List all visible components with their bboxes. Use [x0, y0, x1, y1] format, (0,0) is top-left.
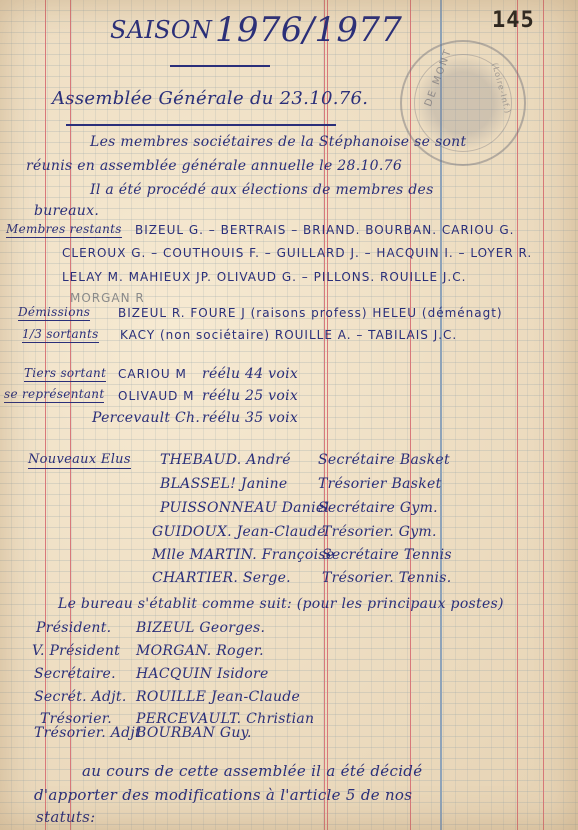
- resignations-label: Démissions: [18, 305, 90, 321]
- closing-line: d'apporter des modifications à l'article…: [34, 786, 412, 804]
- reelected-name: CARIOU M: [118, 367, 187, 381]
- new-elected-role: Trésorier Basket: [318, 476, 442, 492]
- column-line: [543, 0, 544, 830]
- bureau-name: HACQUIN Isidore: [136, 666, 269, 682]
- outgoing-third-label: 1/3 sortants: [22, 327, 99, 343]
- bureau-intro: Le bureau s'établit comme suit: (pour le…: [58, 596, 504, 612]
- bureau-name: BOURBAN Guy.: [136, 725, 252, 741]
- new-elected-role: Trésorier. Gym.: [322, 524, 437, 540]
- bureau-role: Secrét. Adjt.: [34, 689, 127, 705]
- bureau-role: V. Président: [32, 643, 120, 659]
- season-years: 1976/1977: [215, 10, 402, 50]
- outgoing-third-text: KACY (non sociétaire) ROUILLE A. – TABIL…: [120, 328, 457, 342]
- new-elected-name: THEBAUD. André: [160, 452, 291, 468]
- ledger-page: 145 DE MONT (Loire-Inf.) SAISON 1976/197…: [0, 0, 578, 830]
- page-number: 145: [492, 8, 535, 33]
- intro-line: réunis en assemblée générale annuelle le…: [26, 158, 402, 174]
- members-line: LELAY M. MAHIEUX JP. OLIVAUD G. – PILLON…: [62, 270, 466, 284]
- resignations-text: BIZEUL R. FOURE J (raisons profess) HELE…: [118, 306, 503, 320]
- new-elected-label: Nouveaux Elus: [28, 452, 131, 469]
- bureau-name: MORGAN. Roger.: [136, 643, 264, 659]
- title-underline: [170, 65, 270, 67]
- reelected-votes: 25 voix: [245, 388, 298, 404]
- intro-line: Les membres sociétaires de la Stéphanois…: [90, 134, 466, 150]
- bureau-name: BIZEUL Georges.: [136, 620, 265, 636]
- new-elected-role: Secrétaire Tennis: [322, 547, 452, 563]
- new-elected-role: Secrétaire Gym.: [318, 500, 438, 516]
- reelected-status: réélu: [202, 388, 240, 404]
- members-remaining-label: Membres restants: [6, 222, 122, 238]
- new-elected-name: Mlle MARTIN. Françoise: [152, 547, 334, 563]
- new-elected-name: CHARTIER. Serge.: [152, 570, 291, 586]
- reelected-status: réélu: [202, 366, 240, 382]
- meeting-title-underline: [66, 124, 336, 126]
- bureau-role: Secrétaire.: [34, 666, 116, 682]
- intro-line: bureaux.: [34, 203, 99, 219]
- members-line: CLEROUX G. – COUTHOUIS F. – GUILLARD J. …: [62, 246, 532, 260]
- new-elected-name: GUIDOUX. Jean-Claude: [152, 524, 326, 540]
- intro-line: Il a été procédé aux élections de membre…: [90, 182, 434, 198]
- members-pencil-addition: MORGAN R: [70, 291, 145, 305]
- reelected-status: réélu: [202, 410, 240, 426]
- reelected-name: Percevault Ch.: [92, 410, 200, 426]
- bureau-role: Président.: [36, 620, 111, 636]
- new-elected-role: Trésorier. Tennis.: [322, 570, 452, 586]
- reelected-name: OLIVAUD M: [118, 389, 195, 403]
- season-label: SAISON: [110, 16, 212, 44]
- reelected-votes: 35 voix: [245, 410, 298, 426]
- new-elected-name: BLASSEL! Janine: [160, 476, 287, 492]
- new-elected-role: Secrétaire Basket: [318, 452, 450, 468]
- members-line: BIZEUL G. – BERTRAIS – BRIAND. BOURBAN. …: [135, 223, 514, 237]
- closing-line: au cours de cette assemblée il a été déc…: [82, 762, 422, 780]
- closing-line: statuts:: [36, 808, 96, 826]
- bureau-name: ROUILLE Jean-Claude: [136, 689, 300, 705]
- reelected-label-line1: Tiers sortant: [24, 366, 106, 382]
- reelected-votes: 44 voix: [245, 366, 298, 382]
- meeting-title: Assemblée Générale du 23.10.76.: [52, 88, 368, 109]
- bureau-role: Trésorier. Adjt: [34, 725, 141, 741]
- reelected-label-line2: se représentant: [4, 387, 104, 403]
- new-elected-name: PUISSONNEAU Daniel: [160, 500, 329, 516]
- margin-line: [45, 0, 46, 830]
